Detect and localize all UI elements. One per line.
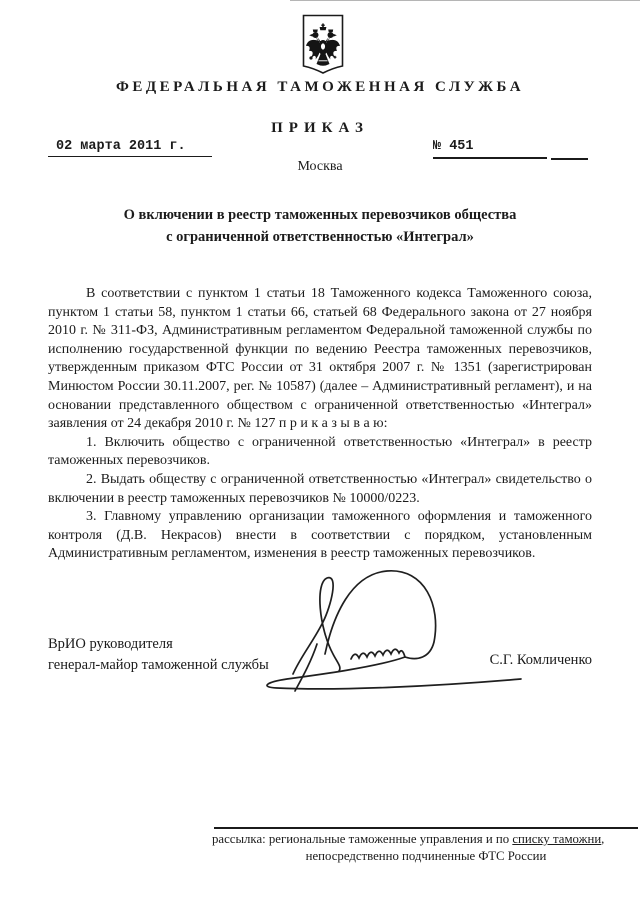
distribution-line-2: непосредственно подчиненные ФТС России: [212, 848, 640, 865]
order-item-2: 2. Выдать обществу с ограниченной ответс…: [48, 471, 592, 508]
order-item-3: 3. Главному управлению организации тамож…: [48, 508, 592, 564]
order-item-1: 1. Включить общество с ограниченной отве…: [48, 434, 592, 471]
document-page: ФЕДЕРАЛЬНАЯ ТАМОЖЕННАЯ СЛУЖБА ПРИКАЗ 02 …: [0, 0, 640, 900]
issue-city: Москва: [0, 159, 640, 175]
scan-artifact-line: [290, 0, 640, 1]
order-body: В соответствии с пунктом 1 статьи 18 Там…: [48, 285, 592, 564]
distribution-line-1: рассылка: региональные таможенные управл…: [212, 831, 640, 848]
title-line-2: с ограниченной ответственностью «Интегра…: [70, 226, 570, 248]
distribution-underlined: списку таможни: [512, 832, 601, 846]
footer-separator-line: [214, 827, 638, 829]
signer-name: С.Г. Комличенко: [392, 652, 592, 669]
title-line-1: О включении в реестр таможенных перевозч…: [70, 204, 570, 226]
signer-post: ВрИО руководителя генерал-майор таможенн…: [48, 634, 269, 676]
issuing-authority: ФЕДЕРАЛЬНАЯ ТАМОЖЕННАЯ СЛУЖБА: [0, 79, 640, 96]
distribution-suffix: ,: [601, 832, 604, 846]
russia-coat-of-arms-icon: [302, 14, 344, 76]
distribution-note: рассылка: региональные таможенные управл…: [212, 831, 640, 865]
preamble-paragraph: В соответствии с пунктом 1 статьи 18 Там…: [48, 285, 592, 434]
document-date: 02 марта 2011 г.: [48, 139, 212, 157]
document-title: О включении в реестр таможенных перевозч…: [70, 204, 570, 248]
distribution-prefix: рассылка: региональные таможенные управл…: [212, 832, 512, 846]
document-type-heading: ПРИКАЗ: [0, 120, 640, 137]
handwritten-signature: [255, 558, 535, 698]
document-number: № 451: [433, 139, 589, 156]
